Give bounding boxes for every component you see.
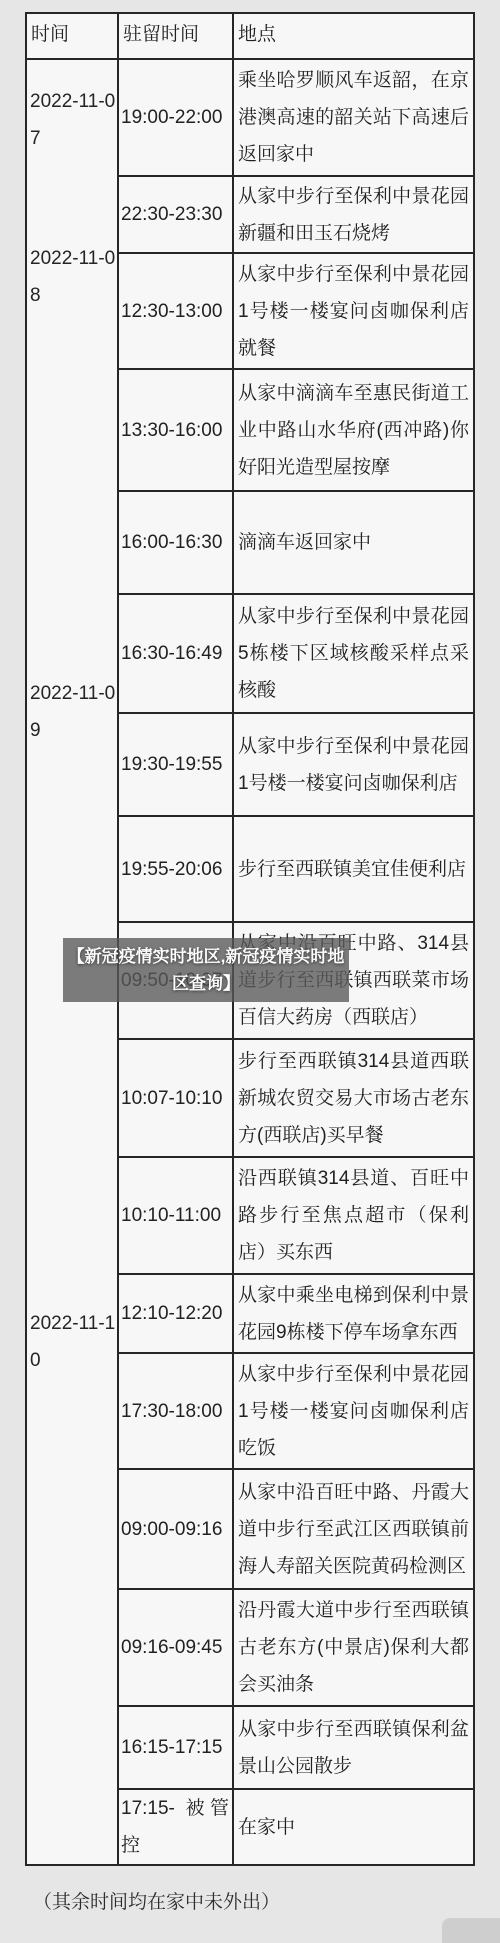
- table-row: 19:00-22:00 乘坐哈罗顺风车返韶，在京港澳高速的韶关站下高速后返回家中: [119, 60, 473, 177]
- location-text: 从家中沿百旺中路、丹霞大道中步行至武江区西联镇前海人寿韶关医院黄码检测区: [234, 1474, 473, 1585]
- location-text: 从家中步行至保利中景花园5栋楼下区域核酸采样点采核酸: [234, 598, 473, 709]
- date-label: 2022-11-08: [27, 240, 116, 314]
- location-text: 从家中步行至保利中景花园1号楼一楼宴问卤咖保利店就餐: [234, 256, 473, 367]
- duration-cell: 09:00-09:16: [119, 1470, 234, 1588]
- location-text: 从家中步行至保利中景花园新疆和田玉石烧烤: [234, 178, 473, 252]
- duration-cell: 19:55-20:06: [119, 817, 234, 921]
- table-row: 19:55-20:06 步行至西联镇美宜佳便利店: [119, 817, 473, 923]
- duration-text: 13:30-16:00: [119, 412, 232, 449]
- duration-cell: 10:07-10:10: [119, 1040, 234, 1156]
- location-cell: 在家中: [234, 1790, 473, 1864]
- table-row: 10:10-11:00 沿西联镇314县道、百旺中路步行至焦点超市（保利店）买东…: [119, 1158, 473, 1275]
- duration-text: 10:10-11:00: [119, 1197, 232, 1234]
- table-row: 16:00-16:30 滴滴车返回家中: [119, 492, 473, 595]
- duration-cell: 19:30-19:55: [119, 714, 234, 815]
- location-text: 沿丹霞大道中步行至西联镇古老东方(中景店)保利大都会买油条: [234, 1592, 473, 1703]
- duration-cell: 13:30-16:00: [119, 370, 234, 490]
- date-label: 2022-11-07: [27, 83, 116, 157]
- location-cell: 从家中乘坐电梯到保利中景花园9栋楼下停车场拿东西: [234, 1275, 473, 1352]
- location-text: 步行至西联镇美宜佳便利店: [234, 851, 473, 888]
- duration-cell: 22:30-23:30: [119, 177, 234, 252]
- table-row: 19:30-19:55 从家中步行至保利中景花园1号楼一楼宴问卤咖保利店: [119, 714, 473, 817]
- duration-cell: 12:10-12:20: [119, 1275, 234, 1352]
- duration-text: 16:00-16:30: [119, 524, 232, 561]
- footer-note: （其余时间均在家中未外出）: [33, 1884, 280, 1921]
- location-cell: 滴滴车返回家中: [234, 492, 473, 593]
- table-row: 09:16-09:45 沿丹霞大道中步行至西联镇古老东方(中景店)保利大都会买油…: [119, 1590, 473, 1707]
- duration-cell: 16:30-16:49: [119, 595, 234, 712]
- table-row: 10:07-10:10 步行至西联镇314县道西联新城农贸交易大市场古老东方(西…: [119, 1040, 473, 1158]
- location-text: 滴滴车返回家中: [234, 524, 473, 561]
- duration-text: 09:16-09:45: [119, 1629, 232, 1666]
- location-text: 在家中: [234, 1809, 473, 1846]
- date-label: 2022-11-10: [27, 1305, 116, 1379]
- duration-text: 10:07-10:10: [119, 1080, 232, 1117]
- duration-text: 19:30-19:55: [119, 746, 232, 783]
- location-text: 从家中乘坐电梯到保利中景花园9栋楼下停车场拿东西: [234, 1277, 473, 1351]
- location-text: 从家中步行至西联镇保利盆景山公园散步: [234, 1711, 473, 1785]
- duration-cell: 12:30-13:00: [119, 254, 234, 368]
- col-header-time: 时间: [27, 14, 119, 58]
- watermark-overlay: 【新冠疫情实时地区,新冠疫情实时地 区查询】: [63, 938, 349, 1002]
- location-cell: 从家中步行至保利中景花园1号楼一楼宴问卤咖保利店吃饭: [234, 1354, 473, 1468]
- location-cell: 步行至西联镇314县道西联新城农贸交易大市场古老东方(西联店)买早餐: [234, 1040, 473, 1156]
- duration-cell: 09:16-09:45: [119, 1590, 234, 1705]
- col-header-duration: 驻留时间: [119, 14, 234, 58]
- table-row: 16:15-17:15 从家中步行至西联镇保利盆景山公园散步: [119, 1707, 473, 1790]
- table-row: 16:30-16:49 从家中步行至保利中景花园5栋楼下区域核酸采样点采核酸: [119, 595, 473, 714]
- table-row: 12:10-12:20 从家中乘坐电梯到保利中景花园9栋楼下停车场拿东西: [119, 1275, 473, 1354]
- duration-cell: 17:30-18:00: [119, 1354, 234, 1468]
- location-cell: 从家中步行至保利中景花园1号楼一楼宴问卤咖保利店就餐: [234, 254, 473, 368]
- location-text: 沿西联镇314县道、百旺中路步行至焦点超市（保利店）买东西: [234, 1160, 473, 1271]
- duration-text: 12:30-13:00: [119, 293, 232, 330]
- location-text: 乘坐哈罗顺风车返韶，在京港澳高速的韶关站下高速后返回家中: [234, 62, 473, 173]
- location-cell: 从家中步行至保利中景花园5栋楼下区域核酸采样点采核酸: [234, 595, 473, 712]
- duration-cell: 17:15- 被管控: [119, 1790, 234, 1864]
- date-label: 2022-11-09: [27, 675, 116, 749]
- location-text: 从家中步行至保利中景花园1号楼一楼宴问卤咖保利店: [234, 728, 473, 802]
- location-text: 从家中步行至保利中景花园1号楼一楼宴问卤咖保利店吃饭: [234, 1356, 473, 1467]
- location-text: 步行至西联镇314县道西联新城农贸交易大市场古老东方(西联店)买早餐: [234, 1043, 473, 1154]
- table-row: 17:30-18:00 从家中步行至保利中景花园1号楼一楼宴问卤咖保利店吃饭: [119, 1354, 473, 1470]
- table-header-row: 时间 驻留时间 地点: [27, 14, 473, 60]
- location-cell: 从家中沿百旺中路、丹霞大道中步行至武江区西联镇前海人寿韶关医院黄码检测区: [234, 1470, 473, 1588]
- location-cell: 乘坐哈罗顺风车返韶，在京港澳高速的韶关站下高速后返回家中: [234, 60, 473, 175]
- duration-cell: 16:15-17:15: [119, 1707, 234, 1788]
- table-row: 17:15- 被管控 在家中: [119, 1790, 473, 1864]
- table-row: 12:30-13:00 从家中步行至保利中景花园1号楼一楼宴问卤咖保利店就餐: [119, 254, 473, 370]
- location-cell: 从家中步行至西联镇保利盆景山公园散步: [234, 1707, 473, 1788]
- location-cell: 从家中步行至保利中景花园新疆和田玉石烧烤: [234, 177, 473, 252]
- duration-cell: 10:10-11:00: [119, 1158, 234, 1273]
- duration-text: 09:00-09:16: [119, 1511, 232, 1548]
- location-text: 从家中滴滴车至惠民街道工业中路山水华府(西冲路)你好阳光造型屋按摩: [234, 375, 473, 486]
- duration-text: 17:15- 被管控: [119, 1790, 232, 1864]
- duration-cell: 16:00-16:30: [119, 492, 234, 593]
- duration-text: 19:55-20:06: [119, 851, 232, 888]
- duration-text: 22:30-23:30: [119, 196, 232, 233]
- col-header-location: 地点: [234, 14, 473, 58]
- location-cell: 步行至西联镇美宜佳便利店: [234, 817, 473, 921]
- location-cell: 从家中滴滴车至惠民街道工业中路山水华府(西冲路)你好阳光造型屋按摩: [234, 370, 473, 490]
- duration-text: 17:30-18:00: [119, 1393, 232, 1430]
- watermark-corner: [442, 1918, 500, 1943]
- duration-text: 16:30-16:49: [119, 635, 232, 672]
- location-cell: 沿丹霞大道中步行至西联镇古老东方(中景店)保利大都会买油条: [234, 1590, 473, 1705]
- duration-text: 12:10-12:20: [119, 1295, 232, 1332]
- location-cell: 沿西联镇314县道、百旺中路步行至焦点超市（保利店）买东西: [234, 1158, 473, 1273]
- location-cell: 从家中步行至保利中景花园1号楼一楼宴问卤咖保利店: [234, 714, 473, 815]
- table-row: 09:00-09:16 从家中沿百旺中路、丹霞大道中步行至武江区西联镇前海人寿韶…: [119, 1470, 473, 1590]
- table-row: 13:30-16:00 从家中滴滴车至惠民街道工业中路山水华府(西冲路)你好阳光…: [119, 370, 473, 492]
- table-row: 22:30-23:30 从家中步行至保利中景花园新疆和田玉石烧烤: [119, 177, 473, 254]
- duration-cell: 19:00-22:00: [119, 60, 234, 175]
- duration-text: 19:00-22:00: [119, 99, 232, 136]
- duration-text: 16:15-17:15: [119, 1729, 232, 1766]
- watermark-line-2: 区查询】: [172, 970, 240, 997]
- watermark-line-1: 【新冠疫情实时地区,新冠疫情实时地: [68, 943, 345, 970]
